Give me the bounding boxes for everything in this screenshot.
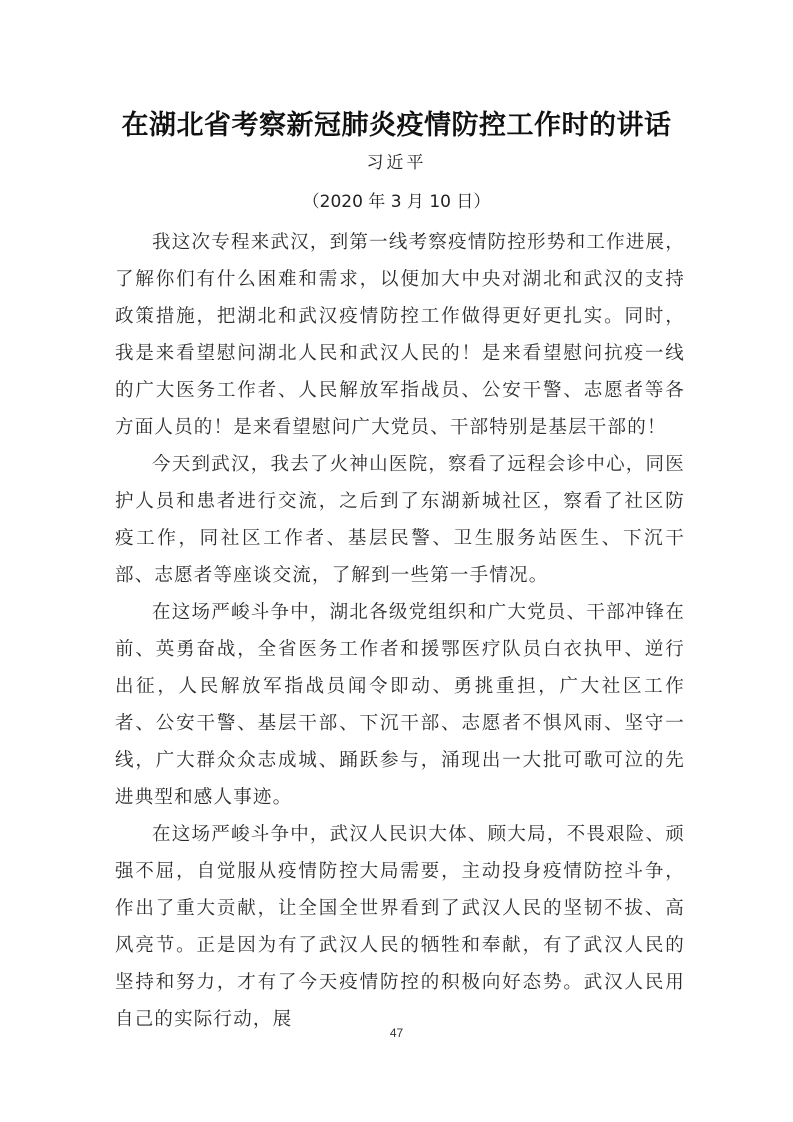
paragraph: 今天到武汉，我去了火神山医院，察看了远程会诊中心，同医护人员和患者进行交流，之后… (115, 446, 685, 594)
document-body: 我这次专程来武汉，到第一线考察疫情防控形势和工作进展，了解你们有什么困难和需求，… (115, 224, 685, 1038)
paragraph: 我这次专程来武汉，到第一线考察疫情防控形势和工作进展，了解你们有什么困难和需求，… (115, 224, 685, 446)
page-number: 47 (0, 1026, 793, 1040)
paragraph: 在这场严峻斗争中，湖北各级党组织和广大党员、干部冲锋在前、英勇奋战，全省医务工作… (115, 594, 685, 816)
document-title: 在湖北省考察新冠肺炎疫情防控工作时的讲话 (0, 103, 793, 142)
document-page: 在湖北省考察新冠肺炎疫情防控工作时的讲话 习近平 （2020 年 3 月 10 … (0, 0, 793, 1122)
paragraph: 在这场严峻斗争中，武汉人民识大体、顾大局，不畏艰险、顽强不屈，自觉服从疫情防控大… (115, 816, 685, 1038)
document-date: （2020 年 3 月 10 日） (0, 187, 793, 212)
document-author: 习近平 (0, 148, 793, 173)
